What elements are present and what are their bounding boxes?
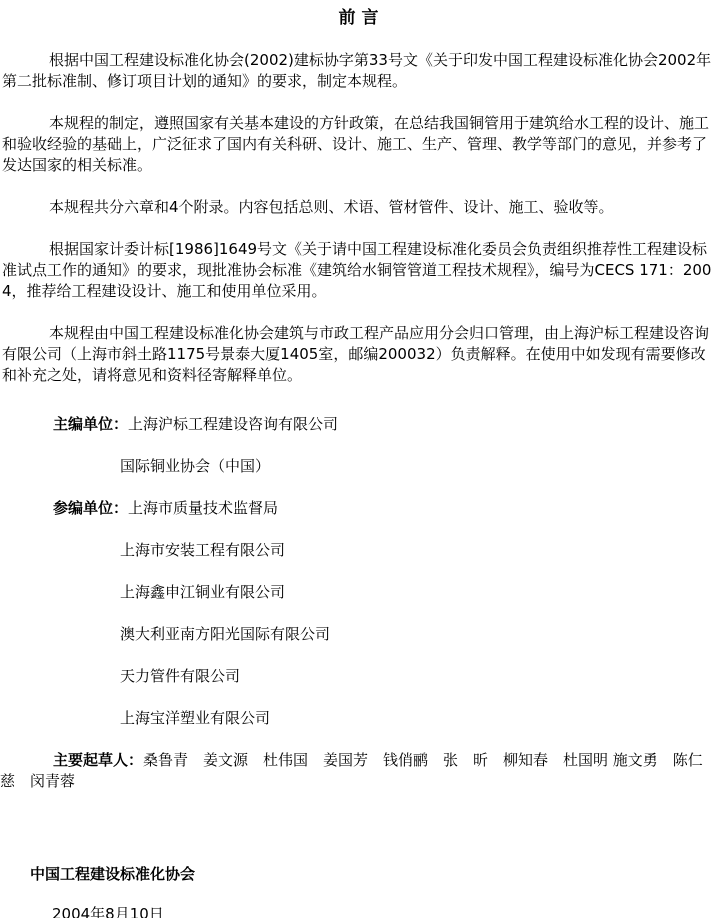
chief-editor-line: 主编单位：上海沪标工程建设咨询有限公司 [0, 414, 717, 435]
paragraph-contents: 本规程共分六章和4个附录。内容包括总则、术语、管材管件、设计、施工、验收等。 [2, 197, 715, 218]
footer-organization: 中国工程建设标准化协会 [30, 864, 717, 885]
drafters-label: 主要起草人： [53, 751, 143, 769]
chief-editor-additional-unit: 国际铜业协会（中国） [0, 456, 717, 477]
participating-unit: 上海宝洋塑业有限公司 [0, 708, 717, 729]
chief-editor-name: 上海沪标工程建设咨询有限公司 [128, 415, 338, 433]
document-page: 前 言 根据中国工程建设标准化协会(2002)建标协字第33号文《关于印发中国工… [0, 0, 717, 918]
paragraph-management: 本规程由中国工程建设标准化协会建筑与市政工程产品应用分会归口管理，由上海沪标工程… [2, 323, 715, 386]
co-editor-line: 参编单位：上海市质量技术监督局 [0, 498, 717, 519]
page-title: 前 言 [0, 8, 717, 29]
paragraph-policy: 本规程的制定，遵照国家有关基本建设的方针政策，在总结我国铜管用于建筑给水工程的设… [2, 113, 715, 176]
footer-date: 2004年8月10日 [52, 904, 717, 918]
chief-editor-label: 主编单位： [53, 415, 128, 433]
co-editor-label: 参编单位： [53, 499, 128, 517]
paragraph-basis: 根据中国工程建设标准化协会(2002)建标协字第33号文《关于印发中国工程建设标… [2, 50, 715, 92]
participating-unit: 澳大利亚南方阳光国际有限公司 [0, 624, 717, 645]
drafters-line: 主要起草人：桑鲁青 姜文源 杜伟国 姜国芳 钱俏鹂 张 昕 柳知春 杜国明 施文… [0, 750, 717, 792]
co-editor-name: 上海市质量技术监督局 [128, 499, 278, 517]
participating-unit: 上海市安装工程有限公司 [0, 540, 717, 561]
paragraph-approval: 根据国家计委计标[1986]1649号文《关于请中国工程建设标准化委员会负责组织… [2, 239, 715, 302]
participating-unit: 天力管件有限公司 [0, 666, 717, 687]
participating-unit: 上海鑫申江铜业有限公司 [0, 582, 717, 603]
